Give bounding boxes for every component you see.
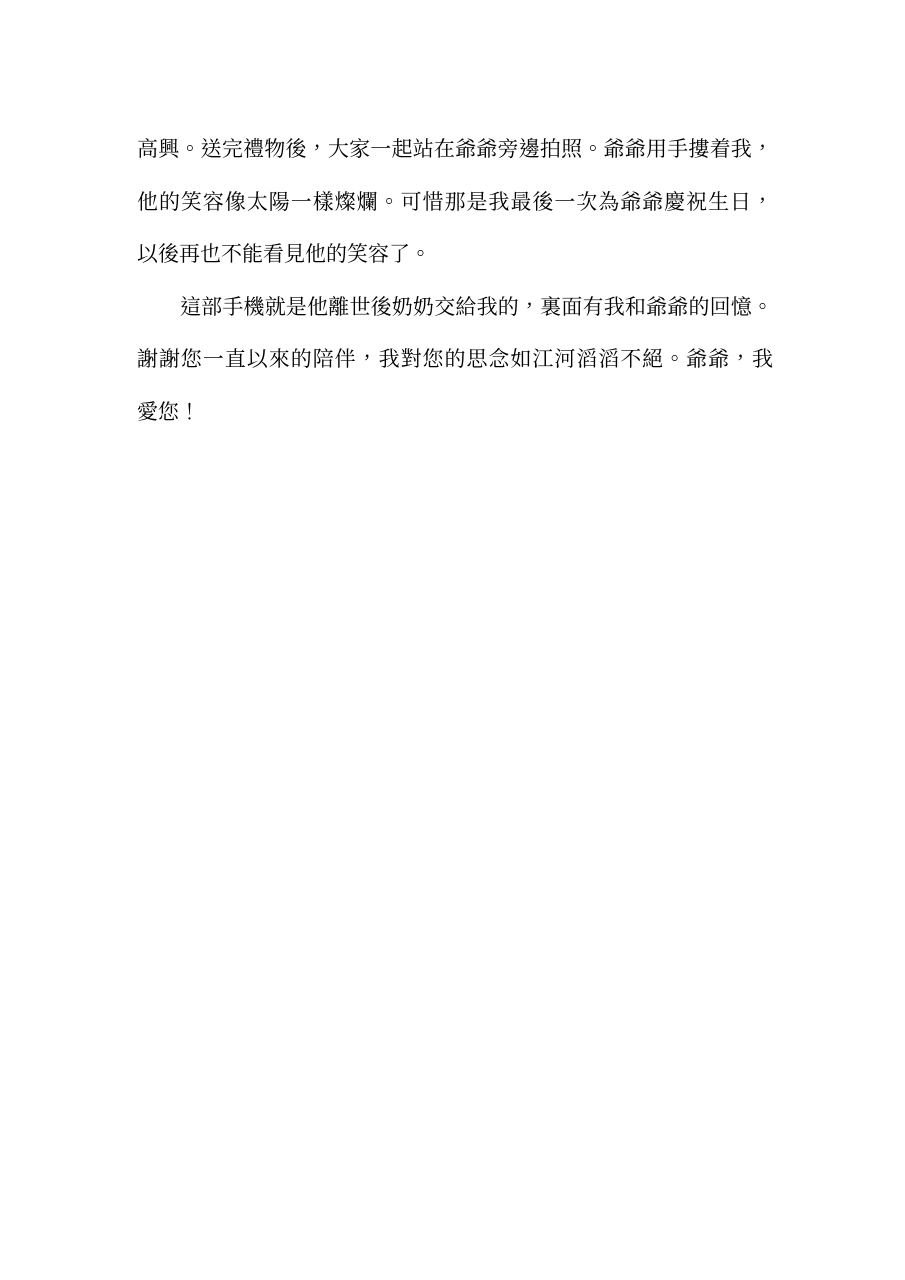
paragraph-1-line-3: 以後再也不能看見他的笑容了。 (137, 229, 773, 282)
paragraph-2-line-3: 愛您！ (137, 387, 773, 440)
document-page: 高興。送完禮物後，大家一起站在爺爺旁邊拍照。爺爺用手摟着我， 他的笑容像太陽一樣… (0, 0, 905, 1280)
paragraph-2-line-2: 謝謝您一直以來的陪伴，我對您的思念如江河滔滔不絕。爺爺，我 (137, 334, 773, 387)
paragraph-1-line-1: 高興。送完禮物後，大家一起站在爺爺旁邊拍照。爺爺用手摟着我， (137, 124, 773, 177)
paragraph-2-line-1: 這部手機就是他離世後奶奶交給我的，裏面有我和爺爺的回憶。 (137, 282, 773, 335)
text-block: 高興。送完禮物後，大家一起站在爺爺旁邊拍照。爺爺用手摟着我， 他的笑容像太陽一樣… (137, 124, 773, 439)
paragraph-1-line-2: 他的笑容像太陽一樣燦爛。可惜那是我最後一次為爺爺慶祝生日， (137, 177, 773, 230)
